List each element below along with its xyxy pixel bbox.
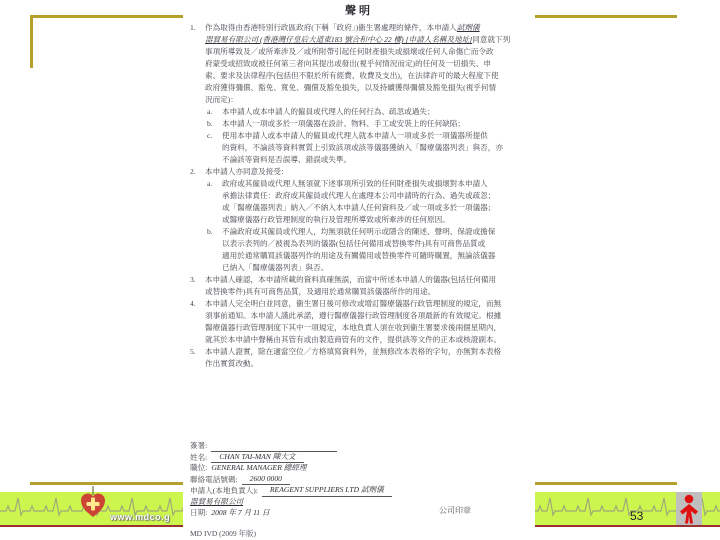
doc-line-text: 或替換零件)具有可商售品質，及適用於通常購買該儀器所作的用途。 (205, 286, 435, 298)
doc-line: 況而定)： (183, 94, 535, 106)
doc-line: 1.作為取得由香港特別行政區政府(下稱「政府」)衞生署處理的條件，本申請人 試劑… (183, 22, 535, 34)
doc-line-text: 適用於通常購買該儀器列作的用途及有關備用或替換零件可隨時購置，無論該儀器 (222, 250, 495, 262)
signature-label: 姓名: (190, 453, 207, 464)
doc-line-text: 使用本申請人或本申請人的僱員或代理人就本申請人一項或多於一項儀器所提供 (222, 130, 488, 142)
doc-line-prefix (190, 286, 205, 298)
doc-line-prefix (207, 238, 222, 250)
doc-line: 醫療儀器行政管理制度下其中一項規定，本地負責人須在收到衞生署要求後兩個星期內， (183, 322, 535, 334)
doc-line: 或替換零件)具有可商售品質，及適用於通常購買該儀器所作的用途。 (183, 286, 535, 298)
signature-value: REAGENT SUPPLIERS LTD 試劑儀 (262, 485, 392, 497)
signature-block: 簽署:姓名:CHAN TAI-MAN 陳大文職位:GENERAL MANAGER… (190, 441, 392, 518)
doc-line-prefix (190, 94, 205, 106)
doc-line-prefix: 5. (190, 346, 205, 358)
doc-line-text: 作為取得由香港特別行政區政府(下稱「政府」)衞生署處理的條件，本申請人 (205, 22, 457, 34)
doc-line-text: 以表示表列的／被視為表列的儀器(包括任何備用或替換零件)具有可商售品質或 (222, 238, 485, 250)
doc-line-prefix: b. (207, 226, 222, 238)
doc-line-text: 索、要求及法律程序(包括但不限於所有經費、收費及支出)，在法律許可的最大程度下使 (205, 70, 499, 82)
signature-row: 日期:2008 年 7 月 11 日 (190, 508, 392, 519)
doc-line-prefix: b. (207, 118, 222, 130)
presentation-slide: www.mdco.g 53 聲明 1.作為取得由香港特別行政區政府(下稱「政府」… (0, 0, 720, 540)
doc-line: 索、要求及法律程序(包括但不限於所有經費、收費及支出)，在法律許可的最大程度下使 (183, 70, 535, 82)
doc-line-prefix: 4. (190, 298, 205, 310)
doc-line-prefix (190, 310, 205, 322)
frame-left-line (30, 15, 33, 68)
doc-line-prefix (207, 262, 222, 274)
doc-line: 3.本申請人確認，本申請所載的資料真確無誤，而當中所述本申請人的儀器(包括任何備… (183, 274, 535, 286)
doc-line-prefix (190, 70, 205, 82)
doc-line: c.使用本申請人或本申請人的僱員或代理人就本申請人一項或多於一項儀器所提供 (183, 130, 535, 142)
doc-line-text: 不論該等資料是否誤導、錯誤或失準。 (222, 154, 351, 166)
doc-line-prefix: a. (207, 106, 222, 118)
doc-lines: 1.作為取得由香港特別行政區政府(下稱「政府」)衞生署處理的條件，本申請人 試劑… (183, 22, 535, 370)
doc-line-prefix (190, 322, 205, 334)
doc-line-prefix (207, 154, 222, 166)
slide-page-number: 53 (630, 509, 643, 523)
heart-cross-icon (78, 486, 108, 520)
signature-label: 申請人(本地負責人): (190, 486, 258, 497)
signature-label: 簽署: (190, 441, 207, 452)
signature-label: 聯絡電話號碼: (190, 475, 238, 486)
doc-line: b.本申請人一項或多於一項儀器在設計、物料、手工或安裝上的任何缺陷； (183, 118, 535, 130)
form-code: MD IVD (2009 年版) (190, 528, 256, 539)
company-chop-label: 公司印章 (439, 505, 471, 516)
signature-row: 聯絡電話號碼:2600 0000 (190, 474, 392, 486)
signature-row: 申請人(本地負責人):REAGENT SUPPLIERS LTD 試劑儀 (190, 485, 392, 497)
doc-line-text: 已納入「醫療儀器列表」與否。 (222, 262, 328, 274)
doc-line-text: 本申請人一項或多於一項儀器在設計、物料、手工或安裝上的任何缺陷； (222, 118, 465, 130)
doc-line: 4.本申請人完全明白並同意，衞生署日後可修改或增訂醫療儀器行政管理制度的規定，而… (183, 298, 535, 310)
doc-line-prefix (190, 58, 205, 70)
doc-line-text: 本申請人完全明白並同意，衞生署日後可修改或增訂醫療儀器行政管理制度的規定，而無 (205, 298, 501, 310)
doc-line-text: 同意就下列 (472, 34, 510, 46)
doc-line-prefix: a. (207, 178, 222, 190)
doc-line-prefix: 1. (190, 22, 205, 34)
doc-line-text: 本申請人亦同意及接受： (205, 166, 289, 178)
scanned-declaration-document: 聲明 1.作為取得由香港特別行政區政府(下稱「政府」)衞生署處理的條件，本申請人… (183, 0, 535, 540)
doc-line-text: 作出實質改動。 (205, 358, 258, 370)
doc-line-prefix: 3. (190, 274, 205, 286)
doc-line-prefix (190, 82, 205, 94)
doc-line-prefix (190, 46, 205, 58)
doc-line: a.政府或其僱員或代理人無須就下述事項所引致的任何財產損失或損壞對本申請人 (183, 178, 535, 190)
doc-line: 5.本申請人證實，除在適當空位／方格填寫資料外，並無修改本表格的字句，亦無對本表… (183, 346, 535, 358)
doc-line: 事項所導致及／或所牽涉及／或所附帶引起任何財產損失或損壞或任何人命傷亡而令政 (183, 46, 535, 58)
doc-line-text: 試劑儀 (457, 22, 480, 34)
doc-line: 政府獲得彌償、豁免、寬免、彌償及豁免損失，以及持續獲得彌償及豁免損失(視乎何情 (183, 82, 535, 94)
doc-line: 須事前通知。本申請人謹此承諾，遵行醫療儀器行政管理制度各項最新的有效規定。根據 (183, 310, 535, 322)
doc-line-text: 器貿易有限公司 (香港灣仔皇后大道東183 號合和中心 22 樓) [申請人名稱… (205, 34, 472, 46)
doc-line-prefix: c. (207, 130, 222, 142)
doc-line-prefix (190, 34, 205, 46)
applicant-name-wrap-line: 器貿易有限公司 (190, 497, 392, 508)
doc-line-prefix (207, 202, 222, 214)
document-title: 聲明 (183, 2, 535, 18)
doc-line-prefix (207, 250, 222, 262)
doc-line: 作出實質改動。 (183, 358, 535, 370)
doc-line-text: 或「醫療儀器列表」納入／不納入本申請人任何資料及／或一項或多於一項儀器； (222, 202, 495, 214)
doc-line: b.不論政府或其僱員或代理人，均無須就任何明示或隱含的陳述、聲明、保證或擔保 (183, 226, 535, 238)
doc-line: 2.本申請人亦同意及接受： (183, 166, 535, 178)
doc-line: 的資料，不論該等資料實質上引致該項或該等儀器獲納入「醫療儀器列表」與否，亦 (183, 142, 535, 154)
doc-line-text: 事項所導致及／或所牽涉及／或所附帶引起任何財產損失或損壞或任何人命傷亡而令政 (205, 46, 494, 58)
signature-row: 姓名:CHAN TAI-MAN 陳大文 (190, 452, 392, 464)
signature-value (211, 443, 337, 452)
doc-line-text: 政府獲得彌償、豁免、寬免、彌償及豁免損失，以及持續獲得彌償及豁免損失(視乎何情 (205, 82, 496, 94)
doc-line-text: 就其於本申請中聲稱由其管有或由製造商管有的文件，提供該等文件的正本或核證副本。 (205, 334, 501, 346)
signature-value: 2008 年 7 月 11 日 (211, 508, 269, 519)
doc-line-text: 本申請人或本申請人的僱員或代理人的任何行為、疏忽或過失； (222, 106, 435, 118)
doc-line-prefix (207, 190, 222, 202)
signature-row: 簽署: (190, 441, 392, 452)
doc-line: a.本申請人或本申請人的僱員或代理人的任何行為、疏忽或過失； (183, 106, 535, 118)
doc-line: 府蒙受或招致或被任何第三者向其提出或發出(視乎何情況而定)的任何及一切損失、申 (183, 58, 535, 70)
doc-line-text: 的資料，不論該等資料實質上引致該項或該等儀器獲納入「醫療儀器列表」與否，亦 (222, 142, 503, 154)
doc-line-prefix (207, 214, 222, 226)
doc-line: 已納入「醫療儀器列表」與否。 (183, 262, 535, 274)
doc-line: 不論該等資料是否誤導、錯誤或失準。 (183, 154, 535, 166)
doc-line-text: 府蒙受或招致或被任何第三者向其提出或發出(視乎何情況而定)的任何及一切損失、申 (205, 58, 491, 70)
signature-label: 職位: (190, 463, 207, 474)
doc-line-text: 或醫療儀器行政管理制度的執行及管理所導致或所牽涉的任何原因。 (222, 214, 450, 226)
doc-line-prefix (190, 358, 205, 370)
doc-line-prefix: 2. (190, 166, 205, 178)
doc-line: 就其於本申請中聲稱由其管有或由製造商管有的文件，提供該等文件的正本或核證副本。 (183, 334, 535, 346)
doc-line-text: 不論政府或其僱員或代理人，均無須就任何明示或隱含的陳述、聲明、保證或擔保 (222, 226, 495, 238)
doc-line-prefix (190, 334, 205, 346)
signature-row: 職位:GENERAL MANAGER 總經理 (190, 463, 392, 474)
signature-value: GENERAL MANAGER 總經理 (211, 463, 306, 474)
doc-line-text: 本申請人確認，本申請所載的資料真確無誤，而當中所述本申請人的儀器(包括任何備用 (205, 274, 496, 286)
doc-line: 以表示表列的／被視為表列的儀器(包括任何備用或替換零件)具有可商售品質或 (183, 238, 535, 250)
doc-line-text: 醫療儀器行政管理制度下其中一項規定，本地負責人須在收到衞生署要求後兩個星期內， (205, 322, 501, 334)
signature-label: 日期: (190, 508, 207, 519)
doc-line: 或「醫療儀器列表」納入／不納入本申請人任何資料及／或一項或多於一項儀器； (183, 202, 535, 214)
doc-line-text: 況而定)： (205, 94, 238, 106)
doc-line-prefix (207, 142, 222, 154)
doc-line: 或醫療儀器行政管理制度的執行及管理所導致或所牽涉的任何原因。 (183, 214, 535, 226)
doc-line-text: 承擔法律責任：政府或其僱員或代理人在處理本公司申請時的行為、過失或疏忽； (222, 190, 495, 202)
person-logo-icon (676, 492, 702, 525)
doc-line-text: 政府或其僱員或代理人無須就下述事項所引致的任何財產損失或損壞對本申請人 (222, 178, 488, 190)
doc-line-text: 本申請人證實，除在適當空位／方格填寫資料外，並無修改本表格的字句，亦無對本表格 (205, 346, 501, 358)
signature-value: CHAN TAI-MAN 陳大文 (211, 452, 303, 464)
doc-line-text: 須事前通知。本申請人謹此承諾，遵行醫療儀器行政管理制度各項最新的有效規定。根據 (205, 310, 501, 322)
doc-line: 承擔法律責任：政府或其僱員或代理人在處理本公司申請時的行為、過失或疏忽； (183, 190, 535, 202)
doc-line: 適用於通常購買該儀器列作的用途及有關備用或替換零件可隨時購置，無論該儀器 (183, 250, 535, 262)
signature-value: 2600 0000 (242, 474, 290, 486)
doc-line: 器貿易有限公司 (香港灣仔皇后大道東183 號合和中心 22 樓) [申請人名稱… (183, 34, 535, 46)
website-url-text[interactable]: www.mdco.g (110, 512, 170, 522)
